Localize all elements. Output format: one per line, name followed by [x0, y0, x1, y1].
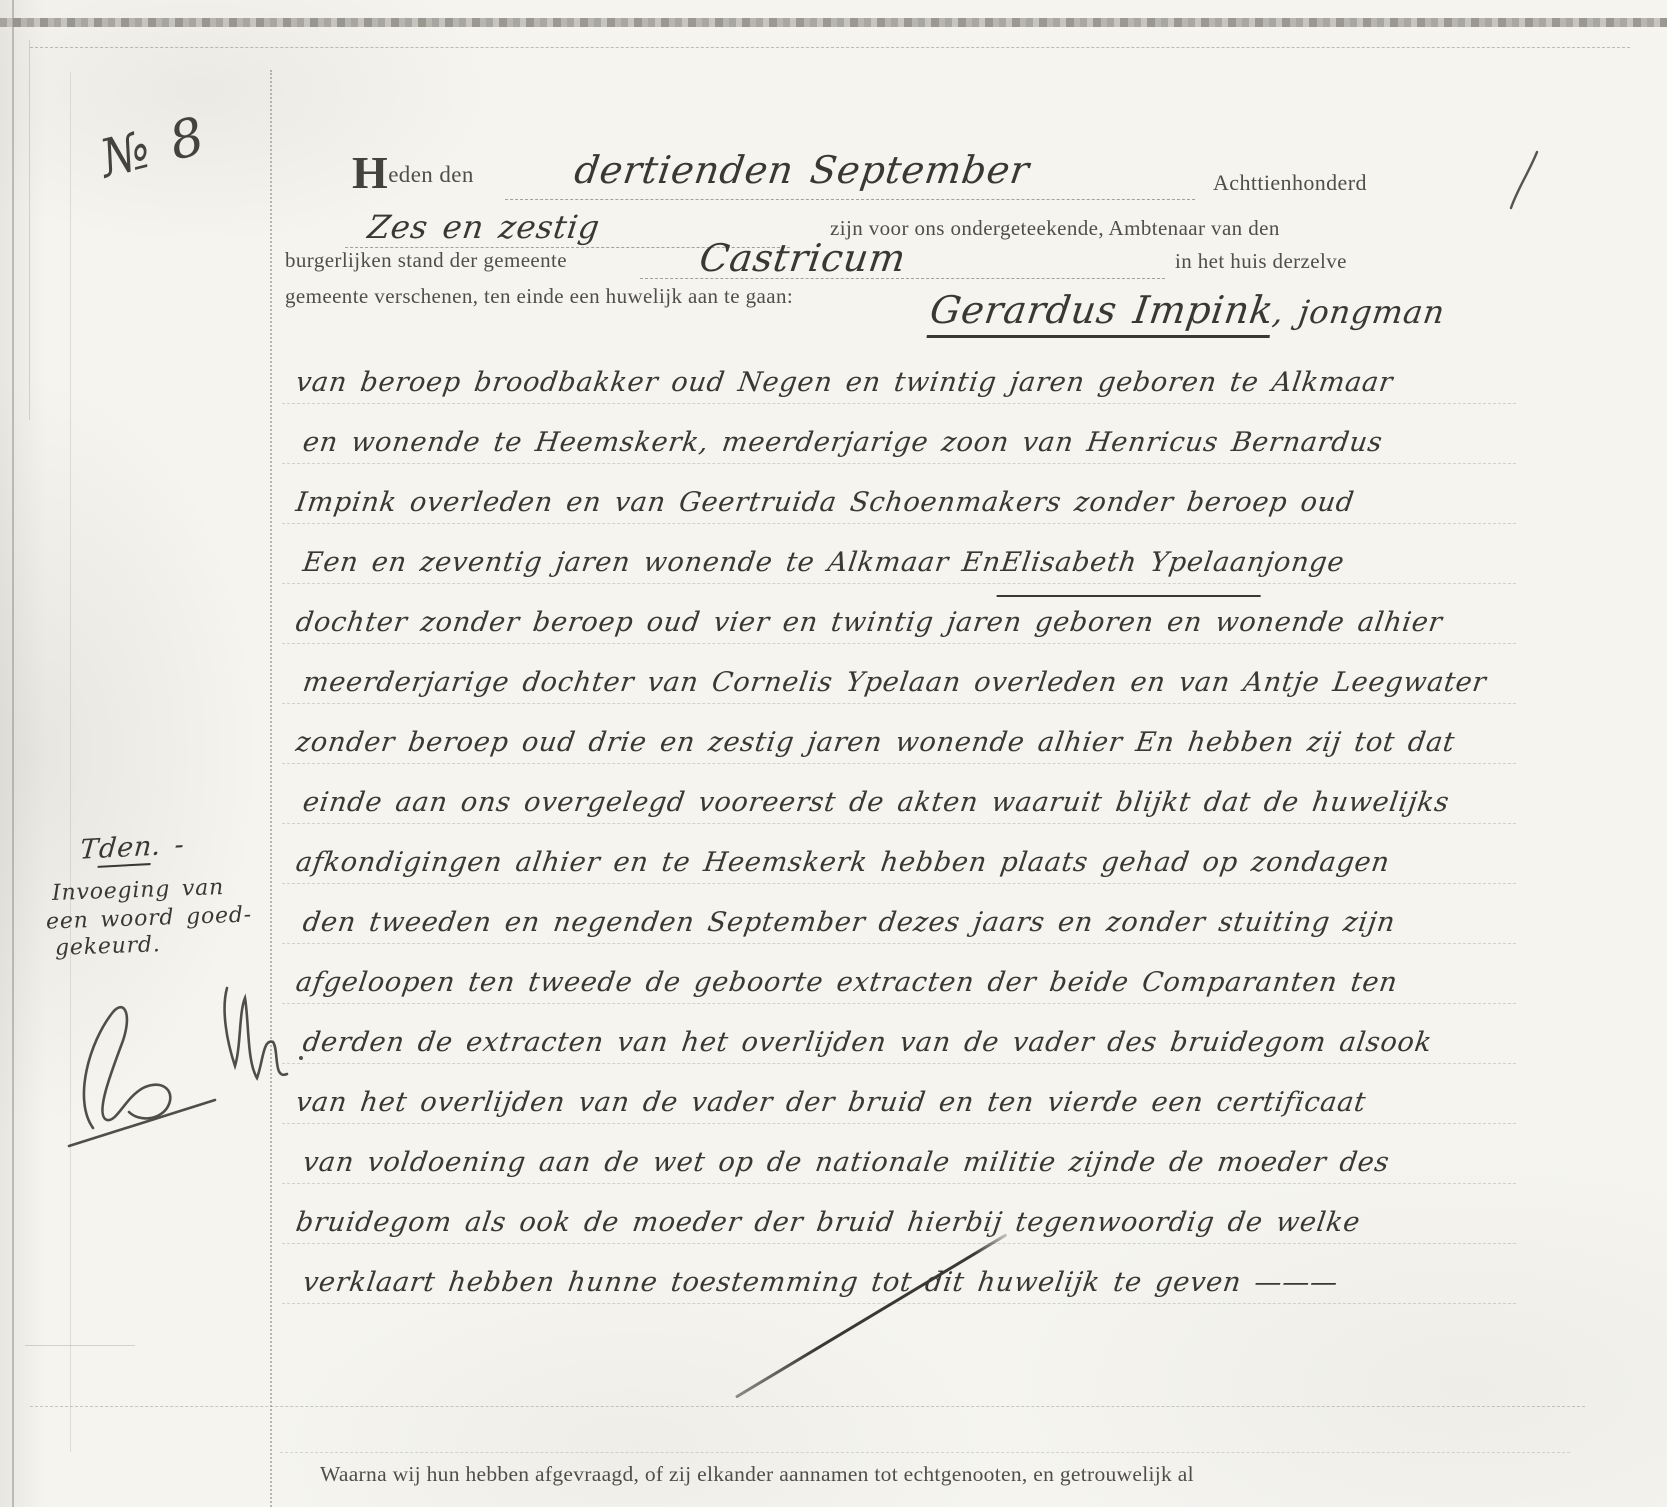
- printed-in-het-huis: in het huis derzelve: [1175, 249, 1347, 274]
- handwritten-line: Impink overleden en van Geertruida Schoe…: [296, 473, 1526, 533]
- line-text: Een en zeventig jaren wonende te Alkmaar…: [299, 533, 1005, 593]
- margin-note-t-suffix: . -: [150, 829, 185, 862]
- line-text: Impink overleden en van Geertruida Schoe…: [292, 473, 1358, 533]
- handwritten-line: van het overlijden van de vader der brui…: [296, 1073, 1526, 1133]
- scan-edge-line: [30, 47, 1630, 48]
- scan-edge-top: [0, 18, 1667, 27]
- margin-note-title: T den. -: [79, 829, 185, 868]
- handwritten-line: einde aan ons overgelegd vooreerst de ak…: [296, 773, 1526, 833]
- faint-horizontal-line: [30, 1406, 1585, 1407]
- handwritten-line: bruidegom als ook de moeder der bruid hi…: [296, 1193, 1526, 1253]
- page-edge-left-2: [29, 40, 30, 420]
- pen-flourish-icon: [1505, 150, 1545, 214]
- handwritten-date: dertienden September: [572, 148, 1033, 192]
- line-text: verklaart hebben hunne toestemming tot d…: [299, 1253, 1342, 1313]
- margin-rule: [70, 72, 71, 1452]
- margin-note-t-word: den: [97, 831, 153, 868]
- margin-note-t-prefix: T: [79, 834, 101, 866]
- margin-note-line3: een woord goed-: [46, 902, 253, 934]
- footer-printed-line: Waarna wij hun hebben afgevraagd, of zij…: [320, 1462, 1194, 1487]
- groom-name: Gerardus Impink: [926, 288, 1276, 338]
- line-text: meerderjarige dochter van Cornelis Ypela…: [299, 653, 1491, 713]
- page-edge-left: [12, 0, 14, 1507]
- handwritten-line: derden de extracten van het overlijden v…: [296, 1013, 1526, 1073]
- handwritten-line: zonder beroep oud drie en zestig jaren w…: [296, 713, 1526, 773]
- handwritten-line: van voldoening aan de wet op de national…: [296, 1133, 1526, 1193]
- line-text: dochter zonder beroep oud vier en twinti…: [292, 593, 1447, 653]
- handwritten-gemeente: Castricum: [697, 236, 909, 280]
- line-text: einde aan ons overgelegd vooreerst de ak…: [299, 773, 1454, 833]
- line-text: van voldoening aan de wet op de national…: [299, 1133, 1394, 1193]
- printed-heden-den: eden den: [388, 162, 474, 187]
- line-text: jonge: [1261, 533, 1349, 593]
- line-text: van het overlijden van de vader der brui…: [292, 1073, 1370, 1133]
- handwritten-line: meerderjarige dochter van Cornelis Ypela…: [296, 653, 1526, 713]
- handwritten-body: van beroep broodbakker oud Negen en twin…: [296, 353, 1526, 1313]
- signature-mark: [55, 950, 335, 1150]
- line-text: den tweeden en negenden September dezes …: [299, 893, 1400, 953]
- line-text: afgeloopen ten tweede de geboorte extrac…: [292, 953, 1402, 1013]
- handwritten-line: van beroep broodbakker oud Negen en twin…: [296, 353, 1526, 413]
- handwritten-line: en wonende te Heemskerk, meerderjarige z…: [296, 413, 1526, 473]
- faint-horizontal-line-3: [25, 1345, 135, 1346]
- margin-note-line2: Invoeging van: [52, 875, 225, 906]
- line-text: zonder beroep oud drie en zestig jaren w…: [292, 713, 1459, 773]
- handwritten-line: afkondigingen alhier en te Heemskerk heb…: [296, 833, 1526, 893]
- groom-name-suffix: , jongman: [1271, 293, 1448, 331]
- faint-horizontal-line-2: [280, 1452, 1570, 1453]
- handwritten-year: Zes en zestig: [365, 208, 602, 246]
- line-text: afkondigingen alhier en te Heemskerk heb…: [292, 833, 1394, 893]
- handwritten-line: den tweeden en negenden September dezes …: [296, 893, 1526, 953]
- handwritten-line: dochter zonder beroep oud vier en twinti…: [296, 593, 1526, 653]
- line-text: en wonende te Heemskerk, meerderjarige z…: [299, 413, 1387, 473]
- act-number: № 8: [94, 106, 211, 190]
- printed-verschenen-line: gemeente verschenen, ten einde een huwel…: [285, 284, 793, 309]
- bride-name: Elisabeth Ypelaan: [996, 533, 1269, 597]
- scanned-marriage-certificate: № 8 Heden den dertienden September Achtt…: [0, 0, 1667, 1507]
- printed-initial-h: H: [352, 147, 388, 198]
- printed-achttienhonderd: Achttienhonderd: [1213, 170, 1367, 196]
- printed-burgerlijken-stand: burgerlijken stand der gemeente: [285, 248, 567, 273]
- handwritten-line: verklaart hebben hunne toestemming tot d…: [296, 1253, 1526, 1313]
- line-text: derden de extracten van het overlijden v…: [299, 1013, 1436, 1073]
- dotted-fill-line-date: [505, 199, 1195, 200]
- handwritten-line: afgeloopen ten tweede de geboorte extrac…: [296, 953, 1526, 1013]
- line-text: van beroep broodbakker oud Negen en twin…: [292, 353, 1397, 413]
- handwritten-line: Een en zeventig jaren wonende te Alkmaar…: [296, 533, 1526, 593]
- line-text: bruidegom als ook de moeder der bruid hi…: [292, 1193, 1365, 1253]
- column-rule: [270, 70, 272, 1507]
